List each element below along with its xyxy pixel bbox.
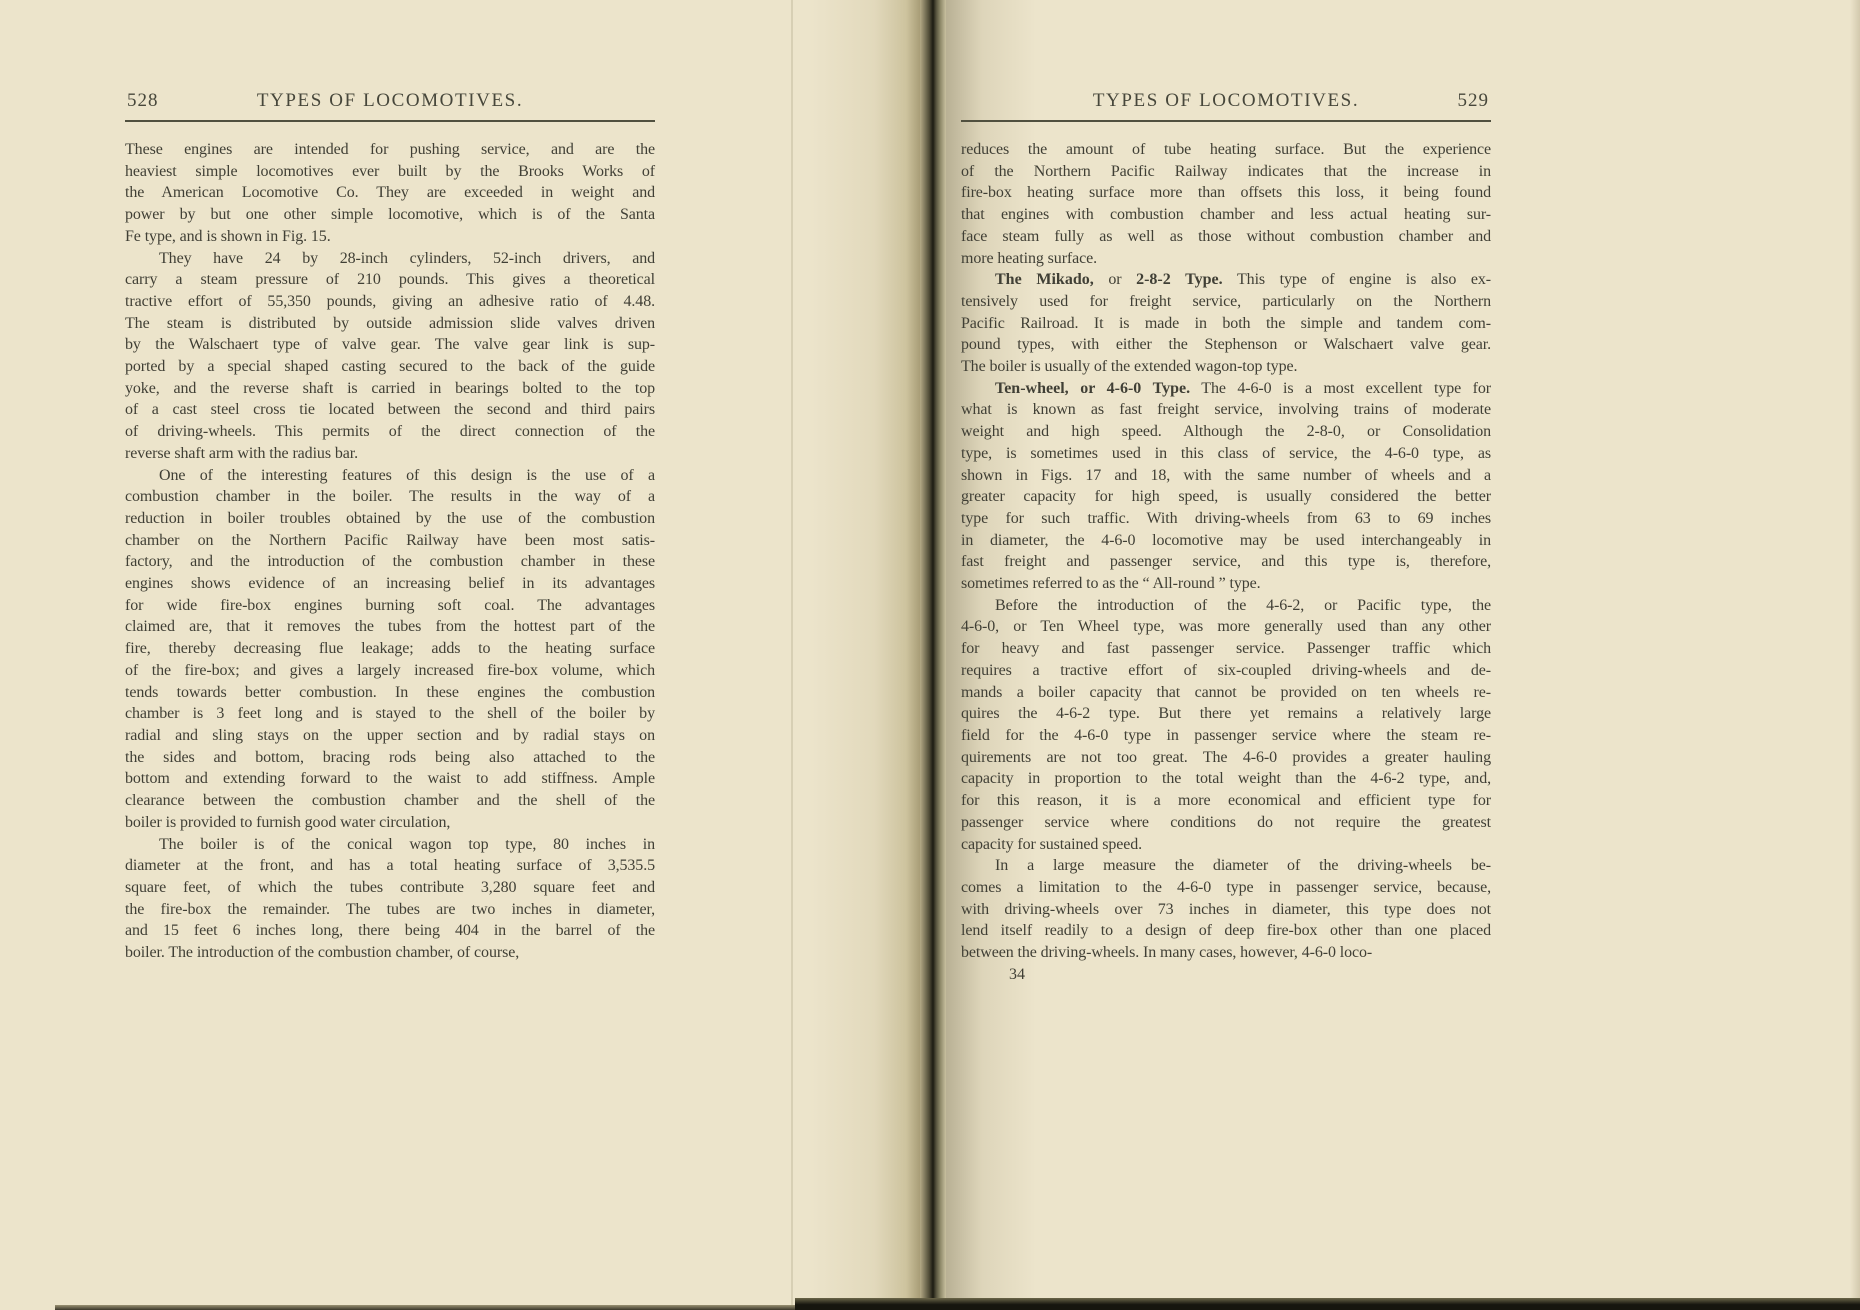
text-line: shown in Figs. 17 and 18, with the same … <box>961 465 1491 487</box>
text-line: capacity in proportion to the total weig… <box>961 768 1491 790</box>
running-title-right: TYPES OF LOCOMOTIVES. <box>961 90 1491 112</box>
text-line: The boiler is usually of the extended wa… <box>961 356 1491 378</box>
text-line: for heavy and fast passenger service. Pa… <box>961 638 1491 660</box>
text-line: clearance between the combustion chamber… <box>125 790 655 812</box>
page-number-right: 529 <box>1458 90 1490 112</box>
text-line: more heating surface. <box>961 248 1491 270</box>
text-line: tractive effort of 55,350 pounds, giving… <box>125 291 655 313</box>
text-line: In a large measure the diameter of the d… <box>961 855 1491 877</box>
page-right-edge-shade <box>1850 0 1860 1310</box>
text-line: sometimes referred to as the “ All-round… <box>961 573 1491 595</box>
text-line: fire-box heating surface more than offse… <box>961 182 1491 204</box>
text-line: claimed are, that it removes the tubes f… <box>125 616 655 638</box>
text-line: bottom and extending forward to the wais… <box>125 768 655 790</box>
text-line: reduction in boiler troubles obtained by… <box>125 508 655 530</box>
text-line: factory, and the introduction of the com… <box>125 551 655 573</box>
text-line: fast freight and passenger service, and … <box>961 551 1491 573</box>
text-line: mands a boiler capacity that cannot be p… <box>961 682 1491 704</box>
text-line: in diameter, the 4-6-0 locomotive may be… <box>961 530 1491 552</box>
paragraph: They have 24 by 28-inch cylinders, 52-in… <box>125 248 655 465</box>
book-binding-gutter <box>920 0 946 1310</box>
text-line: greater capacity for high speed, is usua… <box>961 486 1491 508</box>
paragraph: Before the introduction of the 4-6-2, or… <box>961 595 1491 855</box>
text-line: by the Walschaert type of valve gear. Th… <box>125 334 655 356</box>
text-line: the sides and bottom, bracing rods being… <box>125 747 655 769</box>
text-line: the American Locomotive Co. They are exc… <box>125 182 655 204</box>
text-line: The Mikado, or 2-8-2 Type. This type of … <box>961 269 1491 291</box>
text-line: chamber on the Northern Pacific Railway … <box>125 530 655 552</box>
text-line: The steam is distributed by outside admi… <box>125 313 655 335</box>
signature-mark: 34 <box>961 964 1491 986</box>
text-line: radial and sling stays on the upper sect… <box>125 725 655 747</box>
text-line: These engines are intended for pushing s… <box>125 139 655 161</box>
text-line: ported by a special shaped casting secur… <box>125 356 655 378</box>
text-line: of the Northern Pacific Railway indicate… <box>961 161 1491 183</box>
paragraph: One of the interesting features of this … <box>125 465 655 834</box>
text-line: carry a steam pressure of 210 pounds. Th… <box>125 269 655 291</box>
text-line: They have 24 by 28-inch cylinders, 52-in… <box>125 248 655 270</box>
text-line: what is known as fast freight service, i… <box>961 399 1491 421</box>
book-scan: { "colors":{"paper":"#ece4cb","ink":"#40… <box>0 0 1860 1310</box>
text-line: boiler. The introduction of the combusti… <box>125 942 655 964</box>
text-line: The boiler is of the conical wagon top t… <box>125 834 655 856</box>
header-rule-left <box>125 120 655 122</box>
text-line: field for the 4-6-0 type in passenger se… <box>961 725 1491 747</box>
text-line: weight and high speed. Although the 2-8-… <box>961 421 1491 443</box>
text-line: combustion chamber in the boiler. The re… <box>125 486 655 508</box>
text-line: heaviest simple locomotives ever built b… <box>125 161 655 183</box>
text-line: and 15 feet 6 inches long, there being 4… <box>125 920 655 942</box>
left-page-text-block: 528 TYPES OF LOCOMOTIVES. These engines … <box>125 90 655 964</box>
text-line: fire, thereby decreasing flue leakage; a… <box>125 638 655 660</box>
text-line: tensively used for freight service, part… <box>961 291 1491 313</box>
text-line: type for such traffic. With driving-whee… <box>961 508 1491 530</box>
text-line: face steam fully as well as those withou… <box>961 226 1491 248</box>
text-line: Fe type, and is shown in Fig. 15. <box>125 226 655 248</box>
text-line: comes a limitation to the 4-6-0 type in … <box>961 877 1491 899</box>
text-line: pound types, with either the Stephenson … <box>961 334 1491 356</box>
text-line: engines shows evidence of an increasing … <box>125 573 655 595</box>
text-line: chamber is 3 feet long and is stayed to … <box>125 703 655 725</box>
text-line: with driving-wheels over 73 inches in di… <box>961 899 1491 921</box>
text-line: Pacific Railroad. It is made in both the… <box>961 313 1491 335</box>
text-line: capacity for sustained speed. <box>961 834 1491 856</box>
text-line: quirements are not too great. The 4-6-0 … <box>961 747 1491 769</box>
text-line: of the fire-box; and gives a largely inc… <box>125 660 655 682</box>
left-page-header: 528 TYPES OF LOCOMOTIVES. <box>125 90 655 113</box>
text-line: diameter at the front, and has a total h… <box>125 855 655 877</box>
running-title-left: TYPES OF LOCOMOTIVES. <box>125 90 655 112</box>
text-line: square feet, of which the tubes contribu… <box>125 877 655 899</box>
right-page-header: TYPES OF LOCOMOTIVES. 529 <box>961 90 1491 113</box>
text-line: passenger service where conditions do no… <box>961 812 1491 834</box>
text-line: for wide fire-box engines burning soft c… <box>125 595 655 617</box>
text-line: One of the interesting features of this … <box>125 465 655 487</box>
text-line: tends towards better combustion. In thes… <box>125 682 655 704</box>
text-line: Before the introduction of the 4-6-2, or… <box>961 595 1491 617</box>
right-page-body: reduces the amount of tube heating surfa… <box>961 139 1491 964</box>
text-line: lend itself readily to a design of deep … <box>961 920 1491 942</box>
text-line: boiler is provided to furnish good water… <box>125 812 655 834</box>
text-line: for this reason, it is a more economical… <box>961 790 1491 812</box>
text-line: of driving-wheels. This permits of the d… <box>125 421 655 443</box>
text-line: yoke, and the reverse shaft is carried i… <box>125 378 655 400</box>
text-line: reverse shaft arm with the radius bar. <box>125 443 655 465</box>
text-line: quires the 4-6-2 type. But there yet rem… <box>961 703 1491 725</box>
text-line: the fire-box the remainder. The tubes ar… <box>125 899 655 921</box>
paragraph: Ten-wheel, or 4-6-0 Type. The 4-6-0 is a… <box>961 378 1491 595</box>
text-line: power by but one other simple locomotive… <box>125 204 655 226</box>
text-line: Ten-wheel, or 4-6-0 Type. The 4-6-0 is a… <box>961 378 1491 400</box>
text-line: type, is sometimes used in this class of… <box>961 443 1491 465</box>
text-line: of a cast steel cross tie located betwee… <box>125 399 655 421</box>
paragraph: The Mikado, or 2-8-2 Type. This type of … <box>961 269 1491 378</box>
text-line: 4-6-0, or Ten Wheel type, was more gener… <box>961 616 1491 638</box>
paragraph: In a large measure the diameter of the d… <box>961 855 1491 964</box>
header-rule-right <box>961 120 1491 122</box>
paragraph: reduces the amount of tube heating surfa… <box>961 139 1491 269</box>
left-page-crease <box>791 0 793 1310</box>
text-line: requires a tractive effort of six-couple… <box>961 660 1491 682</box>
paragraph: The boiler is of the conical wagon top t… <box>125 834 655 964</box>
paragraph: These engines are intended for pushing s… <box>125 139 655 248</box>
text-line: that engines with combustion chamber and… <box>961 204 1491 226</box>
text-line: reduces the amount of tube heating surfa… <box>961 139 1491 161</box>
bottom-page-edge-left <box>55 1305 795 1310</box>
right-page-text-block: TYPES OF LOCOMOTIVES. 529 reduces the am… <box>961 90 1491 985</box>
text-line: between the driving-wheels. In many case… <box>961 942 1491 964</box>
left-page-body: These engines are intended for pushing s… <box>125 139 655 964</box>
bottom-page-edge-right <box>795 1298 1860 1310</box>
